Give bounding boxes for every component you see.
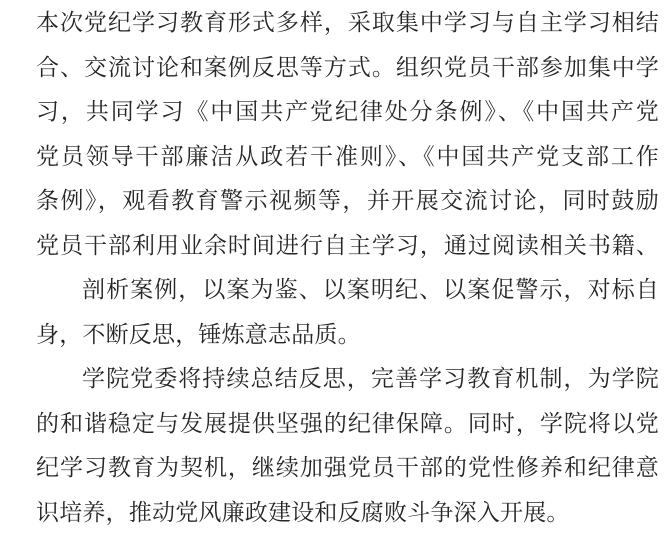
text-line: 习，共同学习《中国共产党纪律处分条例》、《中国共产党	[36, 90, 659, 135]
text-line: 条例》，观看教育警示视频等，并开展交流讨论，同时鼓励	[36, 179, 659, 224]
text-line: 纪学习教育为契机，继续加强党员干部的党性修养和纪律意	[36, 446, 659, 491]
text-line: 党员干部利用业余时间进行自主学习，通过阅读相关书籍、	[36, 224, 659, 269]
text-line: 本次党纪学习教育形式多样，采取集中学习与自主学习相结	[36, 1, 659, 46]
paragraph-2: 剖析案例，以案为鉴、以案明纪、以案促警示，对标自 身，不断反思，锤炼意志品质。	[36, 268, 659, 357]
text-line: 合、交流讨论和案例反思等方式。组织党员干部参加集中学	[36, 46, 659, 91]
text-line: 识培养，推动党风廉政建设和反腐败斗争深入开展。	[36, 491, 659, 536]
text-line: 剖析案例，以案为鉴、以案明纪、以案促警示，对标自	[36, 268, 659, 313]
text-line: 党员领导干部廉洁从政若干准则》、《中国共产党支部工作	[36, 135, 659, 180]
paragraph-1: 本次党纪学习教育形式多样，采取集中学习与自主学习相结 合、交流讨论和案例反思等方…	[36, 1, 659, 268]
text-line: 学院党委将持续总结反思，完善学习教育机制，为学院	[36, 357, 659, 402]
text-line: 的和谐稳定与发展提供坚强的纪律保障。同时，学院将以党	[36, 402, 659, 447]
paragraph-3: 学院党委将持续总结反思，完善学习教育机制，为学院 的和谐稳定与发展提供坚强的纪律…	[36, 357, 659, 535]
text-line: 身，不断反思，锤炼意志品质。	[36, 313, 659, 358]
document-page: 本次党纪学习教育形式多样，采取集中学习与自主学习相结 合、交流讨论和案例反思等方…	[0, 0, 670, 545]
